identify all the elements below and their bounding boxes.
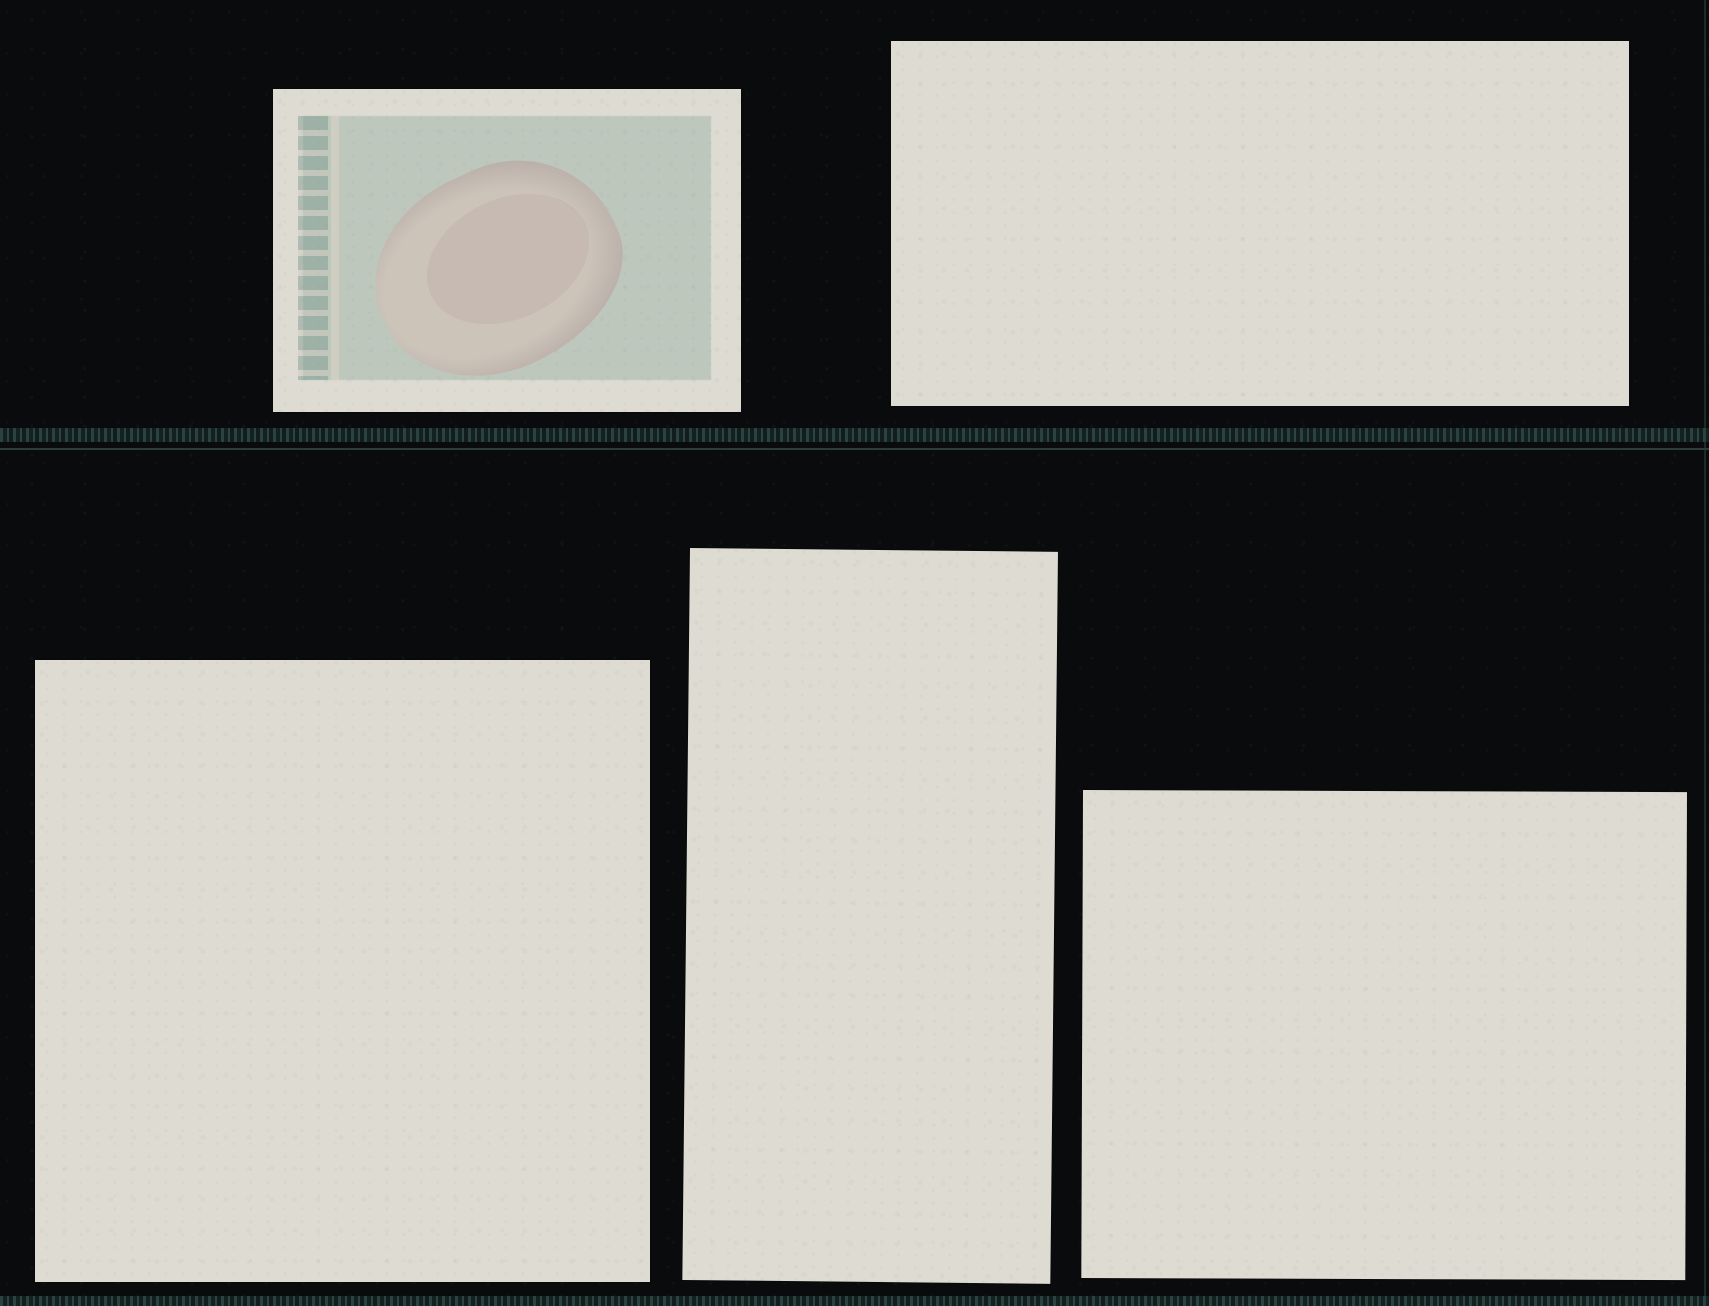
scene-description: Backs of five imperforate stamps mounted… xyxy=(0,0,1,1)
stamp-back-5: plain back xyxy=(1081,790,1687,1280)
stamp-4-note: plain back, slightly tilted xyxy=(690,548,691,549)
stock-strip-lower xyxy=(0,1296,1709,1306)
stock-strip-line xyxy=(0,448,1709,450)
stamp-3-note: plain back xyxy=(35,660,36,661)
show-through-divider xyxy=(331,116,339,380)
stamp-back-3: plain back xyxy=(35,660,650,1282)
show-through-text-band xyxy=(298,116,328,380)
stamp-back-4: plain back, slightly tilted xyxy=(682,548,1058,1284)
stock-page: Backs of five imperforate stamps mounted… xyxy=(0,0,1709,1306)
stamp-1-note: design show-through visible (frame, vert… xyxy=(273,89,274,90)
stamp-back-2: plain back xyxy=(891,41,1629,406)
stamp-back-1: design show-through visible (frame, vert… xyxy=(273,89,741,412)
stamp-5-note: plain back xyxy=(1083,790,1084,791)
stamp-2-note: plain back xyxy=(891,41,892,42)
page-edge-line xyxy=(1704,0,1706,1306)
stock-strip-upper xyxy=(0,428,1709,442)
